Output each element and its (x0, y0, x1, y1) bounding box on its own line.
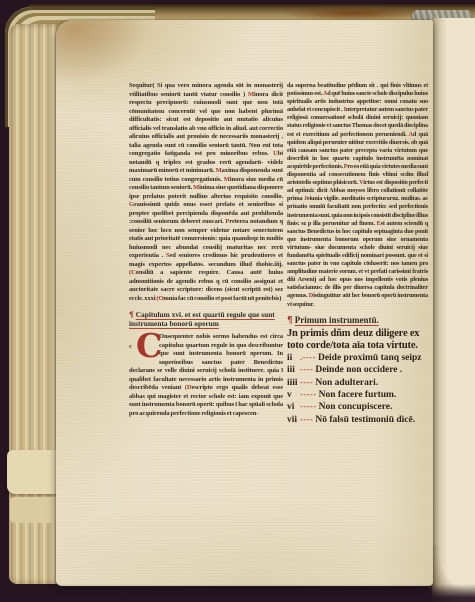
guide-letter: c (129, 343, 132, 352)
paraph-mark-icon: ¶ (287, 316, 295, 326)
drop-cap-letter: C (136, 332, 162, 359)
commandment-row: vii----Nō falsū testimoniū dicē. (287, 414, 428, 426)
red-leader-marks: .---- (300, 352, 316, 362)
head-edge-stain (278, 5, 428, 21)
left-text-column: Sequitur( Si qua vero minora agenda sūt … (129, 82, 283, 418)
roman-numeral: vi (287, 402, 300, 413)
roman-numeral: iii (287, 365, 300, 376)
commandment-text: Nō falsū testimoniū dicē. (315, 415, 415, 425)
commandment-text: Deide proximū tanq seipz (318, 353, 422, 363)
roman-numeral: iiii (287, 378, 300, 389)
right-text-column: da superna beatitudine pēdium sit . qui … (287, 82, 428, 426)
first-commandment-text: Jn primis dñm deuz diligere ex toto cord… (287, 328, 428, 352)
commandment-text: Non concupiscere. (319, 402, 393, 412)
instrument-heading-text: Primum instrumentū. (295, 315, 379, 325)
left-column-paragraph-2: c C Onsequenter nobis sermo habendus est… (129, 333, 283, 418)
facing-page-sliver (432, 18, 475, 602)
left-column-paragraph-1: Sequitur( Si qua vero minora agenda sūt … (129, 82, 283, 303)
commandment-row: iii----Deinde non occidere . (287, 364, 428, 376)
roman-numeral: ii (287, 353, 300, 364)
red-leader-marks: ---- (300, 414, 313, 424)
roman-numeral: vii (287, 415, 300, 426)
commandment-text: Deinde non occidere . (315, 365, 402, 375)
red-leader-marks: ----- (300, 389, 317, 399)
commandment-row: ii.----Deide proximū tanq seipz (287, 352, 428, 364)
drop-cap: c C (129, 334, 157, 359)
commandment-text: Non facere furtum. (319, 390, 397, 400)
manuscript-page: Sequitur( Si qua vero minora agenda sūt … (56, 20, 433, 586)
page-stain (56, 20, 148, 85)
commandment-row: v-----Non facere furtum. (287, 389, 428, 401)
red-leader-marks: ---- (300, 364, 313, 374)
right-column-paragraph-1: da superna beatitudine pēdium sit . qui … (287, 82, 428, 309)
red-leader-marks: ---- (300, 377, 313, 387)
paraph-mark-icon: ¶ (129, 310, 136, 319)
red-leader-marks: ----- (300, 401, 317, 411)
commandment-row: iiii----Non adulterari. (287, 377, 428, 389)
bottom-shadow (0, 584, 475, 602)
roman-numeral: v (287, 390, 300, 401)
commandment-row: vi-----Non concupiscere. (287, 401, 428, 413)
instrument-heading: ¶Primum instrumentū. (287, 315, 428, 327)
commandment-text: Non adulterari. (315, 378, 378, 388)
